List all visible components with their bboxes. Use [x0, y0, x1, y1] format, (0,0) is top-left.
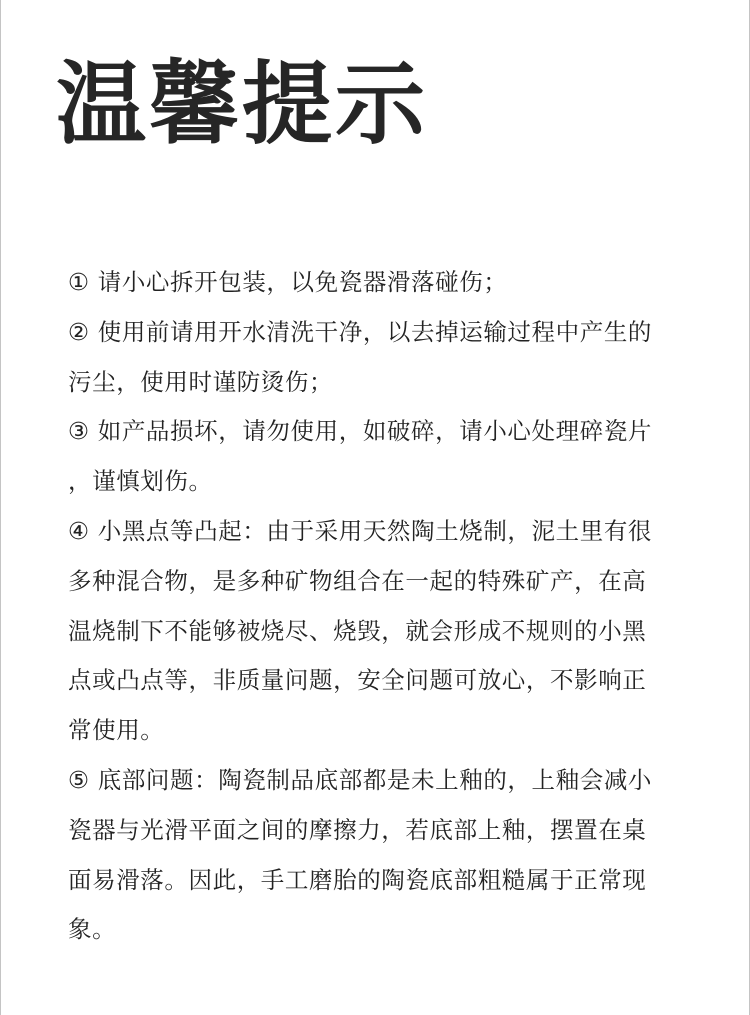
note-line: ④ 小黑点等凸起：由于采用天然陶土烧制，泥土里有很 [68, 507, 688, 557]
note-line: ② 使用前请用开水清洗干净，以去掉运输过程中产生的 [68, 308, 688, 358]
note-line: 温烧制下不能够被烧尽、烧毁，就会形成不规则的小黑 [68, 607, 688, 657]
note-item-1: ① 请小心拆开包装，以免瓷器滑落碰伤； [68, 258, 688, 308]
note-line: 常使用。 [68, 706, 688, 756]
note-item-4: ④ 小黑点等凸起：由于采用天然陶土烧制，泥土里有很 多种混合物，是多种矿物组合在… [68, 507, 688, 756]
note-line: 瓷器与光滑平面之间的摩擦力，若底部上釉，摆置在桌 [68, 806, 688, 856]
page-title: 温馨提示 [56, 50, 428, 160]
note-line: 象。 [68, 905, 688, 955]
note-line: ，谨慎划伤。 [68, 457, 688, 507]
note-line: 多种混合物，是多种矿物组合在一起的特殊矿产，在高 [68, 557, 688, 607]
note-line: 面易滑落。因此，手工磨胎的陶瓷底部粗糙属于正常现 [68, 856, 688, 906]
note-line: ③ 如产品损坏，请勿使用，如破碎，请小心处理碎瓷片 [68, 407, 688, 457]
note-line: 污尘，使用时谨防烫伤； [68, 358, 688, 408]
note-line: 点或凸点等，非质量问题，安全问题可放心，不影响正 [68, 656, 688, 706]
notes-list: ① 请小心拆开包装，以免瓷器滑落碰伤； ② 使用前请用开水清洗干净，以去掉运输过… [68, 258, 688, 955]
note-line: ⑤ 底部问题：陶瓷制品底部都是未上釉的，上釉会减小 [68, 756, 688, 806]
note-item-3: ③ 如产品损坏，请勿使用，如破碎，请小心处理碎瓷片 ，谨慎划伤。 [68, 407, 688, 507]
note-line: ① 请小心拆开包装，以免瓷器滑落碰伤； [68, 258, 688, 308]
note-item-2: ② 使用前请用开水清洗干净，以去掉运输过程中产生的 污尘，使用时谨防烫伤； [68, 308, 688, 408]
note-item-5: ⑤ 底部问题：陶瓷制品底部都是未上釉的，上釉会减小 瓷器与光滑平面之间的摩擦力，… [68, 756, 688, 955]
